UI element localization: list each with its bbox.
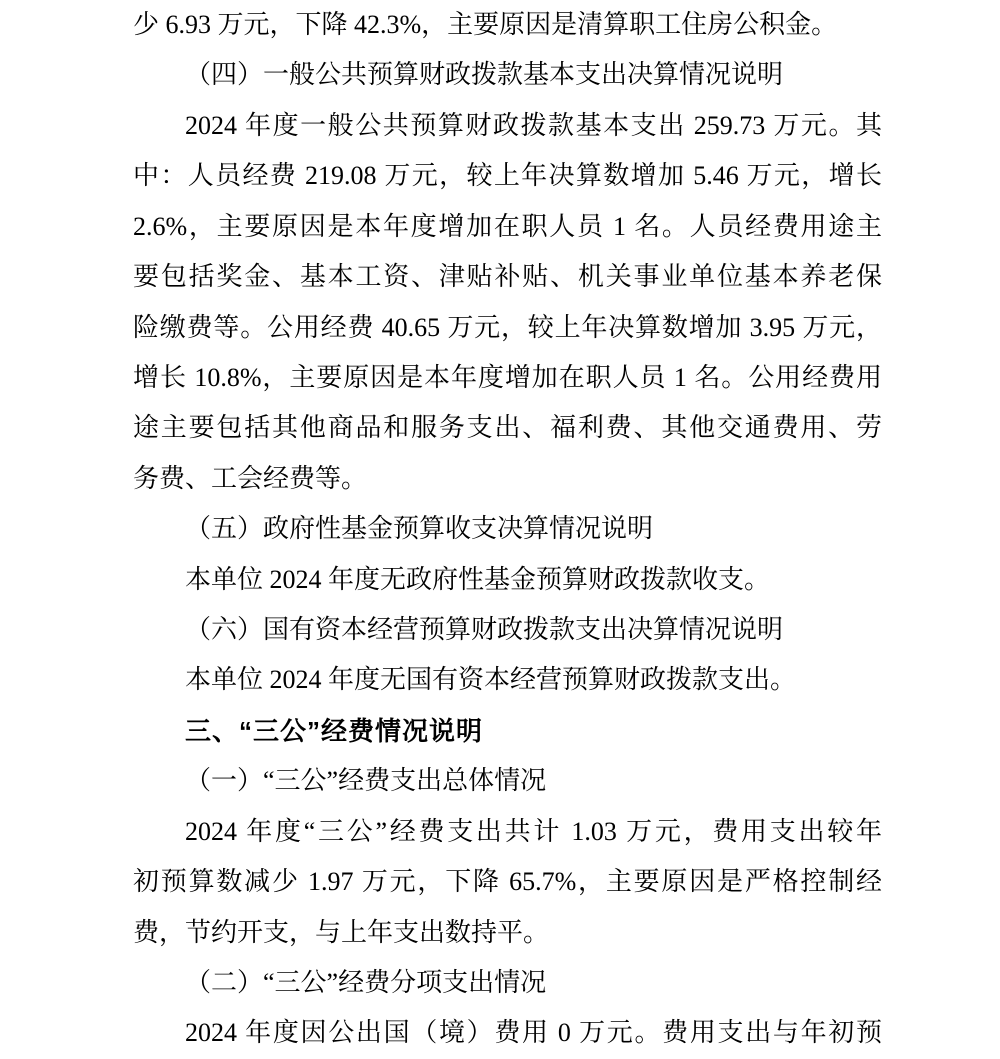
paragraph-end-line: 少 6.93 万元，下降 42.3%，主要原因是清算职工住房公积金。: [133, 0, 882, 50]
subheading-section-1: （一）“三公”经费支出总体情况: [133, 756, 882, 806]
subheading-section-5: （五）政府性基金预算收支决算情况说明: [133, 504, 882, 554]
document-page: 少 6.93 万元，下降 42.3%，主要原因是清算职工住房公积金。 （四）一般…: [0, 0, 1000, 1059]
section-heading-three-public-funds: 三、“三公”经费情况说明: [133, 706, 882, 756]
paragraph-line: 2024 年度一般公共预算财政拨款基本支出 259.73 万元。其: [133, 101, 882, 151]
paragraph-line: 险缴费等。公用经费 40.65 万元，较上年决算数增加 3.95 万元，: [133, 303, 882, 353]
subheading-section-2: （二）“三公”经费分项支出情况: [133, 958, 882, 1008]
paragraph-line: 途主要包括其他商品和服务支出、福利费、其他交通费用、劳: [133, 403, 882, 453]
subheading-section-4: （四）一般公共预算财政拨款基本支出决算情况说明: [133, 50, 882, 100]
paragraph-line: 中：人员经费 219.08 万元，较上年决算数增加 5.46 万元，增长: [133, 151, 882, 201]
paragraph-line: 2024 年度因公出国（境）费用 0 万元。费用支出与年初预: [133, 1008, 882, 1058]
paragraph-end-line: 费，节约开支，与上年支出数持平。: [133, 908, 882, 958]
paragraph-line: 初预算数减少 1.97 万元，下降 65.7%，主要原因是严格控制经: [133, 857, 882, 907]
paragraph-line: 要包括奖金、基本工资、津贴补贴、机关事业单位基本养老保: [133, 252, 882, 302]
paragraph-line: 2024 年度“三公”经费支出共计 1.03 万元，费用支出较年: [133, 807, 882, 857]
paragraph-line: 本单位 2024 年度无政府性基金预算财政拨款收支。: [133, 555, 882, 605]
paragraph-line: 2.6%，主要原因是本年度增加在职人员 1 名。人员经费用途主: [133, 202, 882, 252]
paragraph-line: 增长 10.8%，主要原因是本年度增加在职人员 1 名。公用经费用: [133, 353, 882, 403]
paragraph-end-line: 务费、工会经费等。: [133, 454, 882, 504]
paragraph-line: 本单位 2024 年度无国有资本经营预算财政拨款支出。: [133, 655, 882, 705]
subheading-section-6: （六）国有资本经营预算财政拨款支出决算情况说明: [133, 605, 882, 655]
